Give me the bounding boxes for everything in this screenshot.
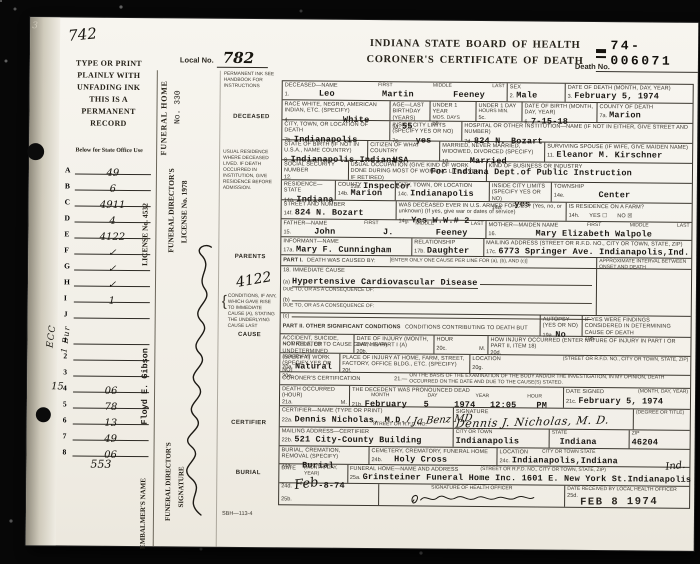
field-ssn: SOCIAL SECURITY NUMBER 12. xyxy=(282,160,349,180)
field-residence-county: COUNTY 14b.Marion xyxy=(336,181,396,201)
father-first: John xyxy=(293,227,357,238)
row-line: 4911 xyxy=(75,192,151,207)
row-number: 6 xyxy=(63,415,73,424)
row-line: 06 xyxy=(72,442,148,457)
office-use-row: B6 xyxy=(65,175,151,191)
section-label-burial: BURIAL xyxy=(220,470,276,476)
rule-line xyxy=(480,278,593,287)
field-injury-at-work: INJURY AT WORK (SPECIFY YES OR NO) 20e. xyxy=(280,353,340,372)
field-label: BURIAL, CREMATION, REMOVAL (SPECIFY) xyxy=(281,447,366,461)
field-date-of-birth: DATE OF BIRTH (MONTH, DAY, YEAR) 6.7-15-… xyxy=(522,102,597,122)
field-sublabel: (DEGREE OR TITLE) xyxy=(636,410,688,416)
field-residence-limits: INSIDE CITY LIMITS (SPECIFY YES OR NO) 1… xyxy=(490,182,552,202)
field-number: 11. xyxy=(547,153,554,159)
embalmer-name-label: EMBALMER'S NAME xyxy=(139,478,148,549)
section-label-parents: PARENTS xyxy=(222,254,278,260)
field-value: Indianapolis xyxy=(456,435,520,446)
residence-note: USUAL RESIDENCE WHERE DECEASED LIVED. IF… xyxy=(223,150,279,192)
field-number: 14c. xyxy=(398,192,408,198)
field-age: AGE—LAST BIRTHDAY (YEARS) 5a.55 xyxy=(390,101,430,120)
corner-mark: 3 xyxy=(32,21,38,31)
field-value: Indianapolis xyxy=(410,189,474,200)
field-date-of-death: DATE OF DEATH (MONTH, DAY, YEAR) 3.Febru… xyxy=(566,84,693,103)
interval-header: APPROXIMATE INTERVAL BETWEEN ONSET AND D… xyxy=(597,258,691,269)
field-number: 25b. xyxy=(281,496,292,502)
field-number: 20c. xyxy=(436,345,446,351)
field-label: DATE SIGNED xyxy=(566,389,604,396)
field-value: Daughter xyxy=(427,246,470,256)
row-letter: J xyxy=(64,309,74,318)
field-label: STATE OF BIRTH (IF NOT IN U.S.A., NAME C… xyxy=(284,141,365,155)
conditions-note-text: CONDITIONS, IF ANY, WHICH GAVE RISE TO I… xyxy=(228,294,278,330)
office-use-row: 15406 xyxy=(63,377,149,393)
field-state-of-birth: STATE OF BIRTH (IF NOT IN U.S.A., NAME C… xyxy=(282,140,368,160)
funeral-home-number: No. 330 xyxy=(173,90,182,124)
field-under-1-day: UNDER 1 DAY HOURS MIN. 5c. xyxy=(476,102,522,121)
office-use-row: G✓ xyxy=(64,255,150,271)
field-degree-or-title: (DEGREE OR TITLE) xyxy=(634,409,690,429)
office-use-row: 2 xyxy=(63,345,149,361)
field-value: February 5, 1974 xyxy=(578,396,663,407)
field-label: HOUR xyxy=(436,337,485,344)
field-city-of-death: CITY, TOWN, OR LOCATION OF DEATH 7b.Indi… xyxy=(282,120,390,140)
funeral-director-license-number: LICENSE No. 1978 xyxy=(179,180,189,243)
field-number: 17c. xyxy=(486,250,496,256)
margin-scrawl: ECC xyxy=(45,324,58,348)
field-value: 46204 xyxy=(632,437,659,447)
field-surviving-spouse: SURVIVING SPOUSE (IF WIFE, GIVE MAIDEN N… xyxy=(545,143,692,163)
field-label: CITY, TOWN, OR LOCATION OF DEATH xyxy=(284,121,387,135)
coroner-certification-text: ON THE BASIS OF THE EXAMINATION OF THE B… xyxy=(409,373,688,387)
field-value: Mary F. Cunningham xyxy=(296,245,392,256)
field-value: Holy Cross xyxy=(394,455,447,465)
row-number: 4 xyxy=(63,383,73,392)
field-label: DATE OF INJURY (MONTH, DAY, YEAR) xyxy=(356,336,431,350)
field-date-received: DATE RECEIVED BY LOCAL HEALTH OFFICER 25… xyxy=(565,486,689,508)
death-no-value: 74-006071 xyxy=(610,38,698,69)
section-label-certifier: CERTIFIER xyxy=(221,420,277,426)
field-value: February 5, 1974 xyxy=(574,91,659,102)
row-line xyxy=(73,362,149,377)
coroner-certification-label: CORONER'S CERTIFICATION xyxy=(282,375,394,382)
local-no-label: Local No. xyxy=(180,55,214,64)
field-number: 14f. xyxy=(284,211,293,217)
field-value: Indianapolis,Indiana xyxy=(512,456,618,467)
field-label: LOCATION xyxy=(472,356,501,363)
field-relationship: RELATIONSHIP 17b.Daughter xyxy=(412,238,484,256)
embalmer-license-number: LICENSE No. 4532 xyxy=(140,203,150,266)
brace: { xyxy=(222,294,227,330)
field-label: IF YES WERE FINDINGS CONSIDERED IN DETER… xyxy=(585,317,689,337)
part1-note: [ENTER ONLY ONE CAUSE PER LINE FOR (a), … xyxy=(390,258,528,265)
field-funeral-home: Ind. FUNERAL HOME—NAME AND ADDRESS(STREE… xyxy=(348,465,694,486)
field-label: PLACE OF INJURY AT HOME, FARM, STREET, F… xyxy=(342,355,467,369)
field-how-injury-occurred: HOW INJURY OCCURRED (ENTER NATURE OF INJ… xyxy=(488,336,690,356)
field-certifier-mailing-address: MAILING ADDRESS—CERTIFIER 22b.521 City-C… xyxy=(280,427,454,447)
row-line: ✓ xyxy=(74,256,150,271)
field-father-name: FATHER—NAME FIRST MIDDLE LAST 15. JohnJ.… xyxy=(281,219,486,238)
field-sublabel: STREET OR R.F.D. NO. xyxy=(373,422,427,428)
row-number: 5 xyxy=(63,399,73,408)
funeral-home-hand-note: Ind. xyxy=(665,460,686,473)
field-number: 17a. xyxy=(283,248,294,254)
field-label: DEATH OCCURRED (HOUR) xyxy=(282,386,347,400)
field-health-officer-signature: SIGNATURE OF HEALTH OFFICER xyxy=(379,484,565,507)
field-manner-of-death: ACCIDENT, SUICIDE, HOMICIDE, OR UNDETERM… xyxy=(280,334,354,353)
office-use-row: 806 xyxy=(62,441,148,457)
field-residence-on-farm: IS RESIDENCE ON A FARM? 14h. YES ☐ NO ☒ xyxy=(567,203,692,222)
office-use-row: D4 xyxy=(65,207,151,223)
field-value: Marion xyxy=(350,188,382,198)
notice-line: UNFADING INK xyxy=(62,81,156,94)
field-informant-mailing-address: MAILING ADDRESS (STREET OR R.F.D. NO., C… xyxy=(484,239,691,258)
field-sublabel: (MONTH, DAY, YEAR) xyxy=(638,389,688,396)
field-under-1-year: UNDER 1 YEAR MOS. DAYS 5b. xyxy=(430,102,476,121)
hour-suffix: M. xyxy=(341,400,347,407)
field-date-signed: DATE SIGNED(MONTH, DAY, YEAR) 21c.Februa… xyxy=(564,388,690,409)
row-line: ✓ xyxy=(74,272,150,287)
part1-label: PART I. xyxy=(283,257,303,264)
field-label: AGE—LAST BIRTHDAY (YEARS) xyxy=(392,102,427,122)
row-letter: G xyxy=(64,261,74,270)
field-number: 21a. xyxy=(282,399,293,405)
row-health-officer: 25b. SIGNATURE OF HEALTH OFFICER DATE RE… xyxy=(279,483,689,508)
field-number: 7a. xyxy=(599,114,607,120)
scan-background: 3 742 TYPE OR PRINT PLAINLY WITH UNFADIN… xyxy=(0,0,700,564)
field-label: INJURY AT WORK (SPECIFY YES OR NO) xyxy=(282,354,337,374)
row-line: 49 xyxy=(75,160,151,175)
funeral-director-license-label: FUNERAL DIRECTOR'S xyxy=(166,168,176,252)
field-hospital-or-institution: HOSPITAL OR OTHER INSTITUTION—NAME (IF N… xyxy=(462,122,692,143)
office-use-row: A49 xyxy=(65,159,151,175)
field-number: 21c. xyxy=(566,399,576,405)
field-value: Grinsteiner Funeral Home Inc. 1601 E. Ne… xyxy=(363,472,692,485)
field-date-of-injury: DATE OF INJURY (MONTH, DAY, YEAR) 20b. xyxy=(354,335,434,354)
field-number: 17b. xyxy=(414,249,425,255)
field-residence-city: CITY, TOWN, OR LOCATION 14c.Indianapolis xyxy=(396,181,490,201)
row-prefix: 15 xyxy=(51,381,64,392)
local-no-value: 782 xyxy=(217,49,268,68)
certificate-grid: DECEASED—NAME FIRST MIDDLE LAST 1. LeoMa… xyxy=(278,80,694,509)
row-line: 1 xyxy=(74,288,150,303)
field-township: TOWNSHIP 14e.Center xyxy=(552,183,692,203)
field-number: 25a. xyxy=(350,475,361,481)
field-injury-location: LOCATION (STREET OR R.F.D. NO., CITY OR … xyxy=(470,355,690,375)
notice-line: PLAINLY WITH xyxy=(62,69,156,82)
row-letter: F xyxy=(64,245,74,254)
field-sex: SEX 2.Male xyxy=(508,83,566,102)
field-burial-type: BURIAL, CREMATION, REMOVAL (SPECIFY) 24a… xyxy=(279,446,369,464)
row-number: 7 xyxy=(63,431,73,440)
cause-a-prefix: (a) xyxy=(283,280,290,287)
notice-line: RECORD xyxy=(61,117,155,130)
stub-panel: 742 TYPE OR PRINT PLAINLY WITH UNFADING … xyxy=(56,17,159,546)
row-line: 4122 xyxy=(74,224,150,239)
local-no: Local No.782 xyxy=(180,48,268,67)
office-use-row: F✓ xyxy=(64,239,150,255)
field-cemetery: CEMETERY, CREMATORY, FUNERAL HOME 24b.Ho… xyxy=(369,447,497,465)
row-letter: I xyxy=(64,293,74,302)
row-line: 49 xyxy=(73,426,149,441)
field-burial-date: DATE(MONTH, DAY, YEAR) 24d. Feb -8-74 xyxy=(279,464,348,483)
field-number: 20g. xyxy=(472,365,483,371)
field-marital-status: MARRIED, NEVER MARRIED, WIDOWED, DIVORCE… xyxy=(440,142,545,162)
field-value: 521 City-County Building xyxy=(294,435,421,446)
field-value: Male xyxy=(516,91,537,101)
field-label: IS RESIDENCE ON A FARM? xyxy=(569,204,690,212)
field-injury-hour: HOUR 20c.M. xyxy=(434,336,488,354)
field-death-occurred-hour: DEATH OCCURRED (HOUR) 21a.M. xyxy=(280,385,350,406)
field-value: Indiana xyxy=(560,436,597,446)
row-line: 4 xyxy=(75,208,151,223)
field-certifier-state: STATE Indiana xyxy=(550,430,630,449)
row-line: 78 xyxy=(73,394,149,409)
field-number: 16. xyxy=(488,232,496,238)
field-certifier-name: CERTIFIER—NAME (TYPE OR PRINT) 22a. Denn… xyxy=(280,406,454,428)
field-number: 24b. xyxy=(371,458,382,464)
funeral-director-signature-scrawl xyxy=(169,240,228,522)
punch-hole xyxy=(27,143,44,160)
field-label: RACE WHITE, NEGRO, AMERICAN INDIAN, ETC.… xyxy=(284,101,387,115)
name-first: Leo xyxy=(291,89,362,100)
office-use-row: C4911 xyxy=(65,191,151,207)
row-line: ✓ xyxy=(74,240,150,255)
field-county-of-death: COUNTY OF DEATH 7a.Marion xyxy=(597,103,692,123)
form-margin-column: PERMANENT INK SEE HANDBOOK FOR INSTRUCTI… xyxy=(220,72,280,512)
field-citizen-of: CITIZEN OF WHAT COUNTRY 9.USA xyxy=(368,141,440,161)
death-no-stamp: 74-006071 xyxy=(596,38,698,73)
field-race: RACE WHITE, NEGRO, AMERICAN INDIAN, ETC.… xyxy=(282,100,390,120)
field-number: 15. xyxy=(283,230,291,236)
interval-column xyxy=(597,269,691,316)
form-number: SBH—113-4 xyxy=(222,511,253,517)
field-label: IMMEDIATE CAUSE xyxy=(293,267,345,274)
field-value: Eleanor M. Kirschner xyxy=(556,150,662,161)
row-letter: A xyxy=(65,165,75,174)
field-mother-maiden-name: MOTHER—MAIDEN NAME FIRST MIDDLE LAST 16.… xyxy=(486,221,691,240)
field-number: 1. xyxy=(285,92,290,98)
field-number: 5c. xyxy=(478,115,485,121)
field-number: 22a. xyxy=(282,418,293,424)
scan-noise xyxy=(0,0,2,2)
field-value: For Indiana Dept.of Public Instruction xyxy=(430,167,632,179)
office-use-row: 578 xyxy=(63,393,149,409)
field-number: 18. xyxy=(283,267,291,274)
field-street-and-number: STREET AND NUMBER 14f.824 N. Bozart xyxy=(282,200,397,219)
permanent-ink-note: PERMANENT INK SEE HANDBOOK FOR INSTRUCTI… xyxy=(224,72,280,90)
field-label: DATE xyxy=(281,465,296,476)
field-sublabel: (STREET OR R.F.D. NO., CITY OR TOWN, STA… xyxy=(563,357,689,365)
received-date-stamp: FEB 8 1974 xyxy=(580,495,658,508)
office-use-row: E4122 xyxy=(64,223,150,239)
notice-line: PERMANENT xyxy=(61,105,155,118)
field-other-significant-conditions: PART II. OTHER SIGNIFICANT CONDITIONS CO… xyxy=(281,313,541,335)
field-number: 14b. xyxy=(338,191,349,197)
office-use-row: 613 xyxy=(63,409,149,425)
stub-hand-number: 742 xyxy=(67,24,97,45)
health-officer-signature-scrawl xyxy=(397,491,547,506)
field-informant-name: INFORMANT—NAME 17a.Mary F. Cunningham xyxy=(281,237,412,255)
section-label-cause: CAUSE xyxy=(222,332,278,338)
field-number: 21.— xyxy=(394,376,407,382)
field-deceased-name: DECEASED—NAME FIRST MIDDLE LAST 1. LeoMa… xyxy=(283,81,508,101)
office-use-row: 749 xyxy=(63,425,149,441)
name-last: Feeney xyxy=(433,90,504,101)
punch-hole xyxy=(36,407,51,422)
permanent-record-notice: TYPE OR PRINT PLAINLY WITH UNFADING INK … xyxy=(61,57,156,130)
field-place-of-injury: PLACE OF INJURY AT HOME, FARM, STREET, F… xyxy=(340,354,470,373)
field-value: Center xyxy=(598,191,630,201)
field-armed-forces: WAS DECEASED EVER IN U.S. ARMED FORCES? … xyxy=(397,201,567,220)
field-certifier-signature: SIGNATURE Dennis J. Nicholas, M. D. xyxy=(454,408,634,430)
row-line: 06 xyxy=(73,378,149,393)
field-autopsy: AUTOPSY (YES OR NO) 19a.No xyxy=(541,316,583,336)
row-line: 6 xyxy=(75,176,151,191)
field-value: 824 N. Bozart xyxy=(295,208,364,219)
margin-hand-code: 4122 xyxy=(235,269,273,291)
conditions-note: { CONDITIONS, IF ANY, WHICH GAVE RISE TO… xyxy=(222,294,278,330)
office-use-row: 3 xyxy=(63,361,149,377)
field-number: 2. xyxy=(510,94,515,100)
funeral-home-label: FUNERAL HOME xyxy=(159,80,169,155)
row-line xyxy=(73,346,149,361)
row-line xyxy=(73,330,149,345)
farm-yes-checkbox: YES ☐ xyxy=(589,212,607,219)
field-number: 25d. xyxy=(567,492,578,507)
stamp-mark xyxy=(596,49,606,58)
row-line: 13 xyxy=(73,410,149,425)
field-number: 3. xyxy=(568,94,573,100)
field-inside-city-limits: INSIDE CITY LIMITS (SPECIFY YES OR NO) 7… xyxy=(390,121,462,141)
field-label: CITIZEN OF WHAT COUNTRY xyxy=(370,142,437,156)
farm-no-checkbox: NO ☒ xyxy=(617,213,632,220)
notice-line: TYPE OR PRINT xyxy=(62,57,156,70)
field-immediate-cause: 18.IMMEDIATE CAUSE (a) Hypertensive Card… xyxy=(281,266,597,315)
field-label: RESIDENCE—STATE xyxy=(284,181,333,194)
field-label: AUTOPSY (YES OR NO) xyxy=(543,317,580,330)
notice-line: THIS IS A xyxy=(62,93,156,106)
row-letter: H xyxy=(64,277,74,286)
field-pronounced-dead: THE DECEDENT WAS PRONOUNCED DEAD MONTH D… xyxy=(350,386,564,408)
row-letter: D xyxy=(65,213,75,222)
father-middle: J. xyxy=(357,227,421,238)
field-bottom-left: 25b. xyxy=(279,483,379,505)
row-line xyxy=(74,304,150,319)
office-use-row: 1 xyxy=(63,329,149,345)
office-use-row: I1 xyxy=(64,287,150,303)
hour-suffix: M. xyxy=(479,346,485,353)
field-residence-state: RESIDENCE—STATE 14a.Indiana xyxy=(282,180,336,199)
row-letter: B xyxy=(65,181,75,190)
row-number: 8 xyxy=(62,447,72,456)
name-middle: Martin xyxy=(362,89,433,100)
field-label: SOCIAL SECURITY NUMBER xyxy=(284,161,346,175)
father-last: Feeney xyxy=(420,228,484,239)
field-label: DATE OF BIRTH (MONTH, DAY, YEAR) xyxy=(524,103,594,117)
field-value: Marion xyxy=(609,111,641,121)
field-number: 22b. xyxy=(282,438,293,444)
field-burial-location: LOCATIONCITY OR TOWN STATE 24c.Indianapo… xyxy=(497,448,689,467)
office-use-row: H✓ xyxy=(64,271,150,287)
row-number: 3 xyxy=(63,367,73,376)
stub-extra-number: 553 xyxy=(90,458,111,471)
row-letter: C xyxy=(65,197,75,206)
row-letter: E xyxy=(64,229,74,238)
office-use-row: J xyxy=(64,303,150,319)
field-value: Mary Elizabeth Walpole xyxy=(535,229,652,240)
field-label: INSIDE CITY LIMITS (SPECIFY YES OR NO) xyxy=(392,122,459,136)
death-certificate-document: 3 742 TYPE OR PRINT PLAINLY WITH UNFADIN… xyxy=(26,17,699,551)
field-number: 14h. xyxy=(569,212,580,218)
section-label-deceased: DECEASED xyxy=(223,114,279,120)
field-autopsy-findings: IF YES WERE FINDINGS CONSIDERED IN DETER… xyxy=(583,316,691,337)
field-number: 24c. xyxy=(499,459,509,465)
field-number: 14e. xyxy=(554,193,565,199)
part2-label: PART II. OTHER SIGNIFICANT CONDITIONS xyxy=(283,323,401,330)
field-label: MARRIED, NEVER MARRIED, WIDOWED, DIVORCE… xyxy=(442,143,542,157)
row-cause-of-death: 18.IMMEDIATE CAUSE (a) Hypertensive Card… xyxy=(281,266,691,317)
embalmer-name-value: Floyd E. Gibson xyxy=(140,348,151,425)
field-kind-of-business: KIND OF BUSINESS OR INDUSTRY For Indiana… xyxy=(486,162,692,183)
field-certifier-city: CITY OR TOWN Indianapolis xyxy=(454,429,550,448)
part1-text: DEATH WAS CAUSED BY: xyxy=(307,257,376,264)
office-use-heading: Below for State Office Use xyxy=(65,147,153,154)
field-certifier-zip: ZIP 46204 xyxy=(630,430,690,449)
